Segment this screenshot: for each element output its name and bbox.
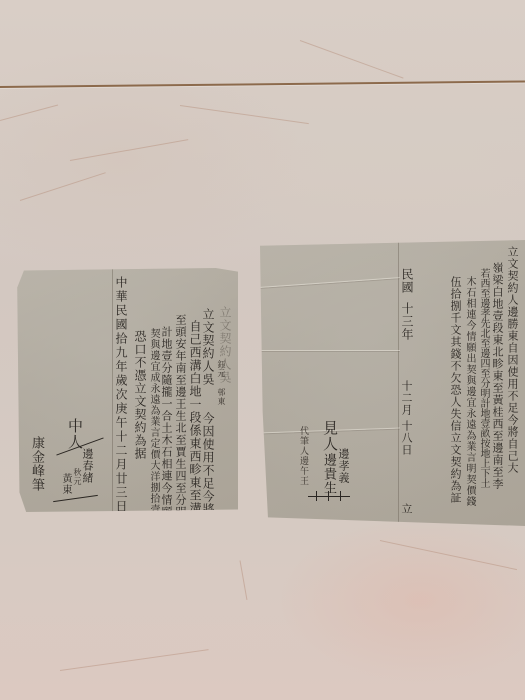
cross-mark <box>53 495 98 502</box>
witness-name: 邊貴生 <box>322 453 335 495</box>
cross-mark <box>316 491 317 501</box>
marble-vein <box>0 104 58 120</box>
fold-crease <box>260 350 400 351</box>
cross-mark <box>328 491 329 501</box>
marble-vein <box>60 649 209 671</box>
contract-column: 若西至邊孝先北至邊四至分明計地壹畝按地上下土 <box>478 268 488 488</box>
marble-vein <box>380 540 517 570</box>
left-contract-document: 立文契約人吳 立文契約人吳 今因使用不足今將 鈺元 邨東 自己西溝白地一段係東西… <box>15 268 238 512</box>
contract-column: 嶺梁白地壹段東北畛東至黃桂西至邊南至李 <box>492 262 503 490</box>
marble-vein <box>20 172 106 201</box>
contract-column: 木石相連今情願出契與邊宜永遠為業言明契價錢 <box>464 276 474 507</box>
contract-column: 伍拾捌千文其錢不欠恐人失信立文契約為証 <box>450 276 461 504</box>
contract-column: 至頭安年南至邊王生北至賈生四至分明 <box>175 314 186 518</box>
middleman-annotation: 秋元 <box>73 468 81 486</box>
fold-crease <box>112 268 113 512</box>
contract-column: 計地壹分隨攏一合土木石相連今情願 <box>161 326 172 518</box>
middleman-name: 黃東 <box>60 473 70 495</box>
contract-date-era: 民國 <box>401 268 413 294</box>
marble-vein <box>180 105 309 124</box>
scribe-signature: 康金峰筆 <box>30 436 43 492</box>
contract-date-suffix: 立 <box>401 503 412 515</box>
cross-mark <box>308 496 350 497</box>
fold-crease <box>260 277 400 288</box>
fold-crease <box>398 240 399 526</box>
contract-column: 契與邊宜成永遠為業言定價大洋捌拾壹元 <box>148 328 158 526</box>
marble-seam-line <box>0 81 525 88</box>
cross-mark <box>340 491 341 501</box>
marble-vein <box>300 40 404 79</box>
small-annotation: 鈺元 邨東 <box>217 360 225 406</box>
contract-date-year: 十三年 <box>401 302 413 341</box>
marble-vein <box>70 139 188 161</box>
contract-column: 自己西溝白地一段係東西畛東至溝西 <box>189 320 201 528</box>
contract-column: 立文契約人邊勝東自因使用不足今將自己大 <box>507 246 518 474</box>
witness-name: 邊孝義 <box>338 448 349 484</box>
contract-column: 立文契約人吳 今因使用不足今將 <box>202 308 214 516</box>
contract-column: 恐口不憑立文契約為据 <box>134 330 146 460</box>
scribe-signature: 代筆人邊午王 <box>298 426 307 486</box>
middleman-name: 邊春緒 <box>82 448 93 484</box>
contract-date-month: 十二月 <box>401 380 412 416</box>
witness-label: 見人 <box>322 420 337 452</box>
contract-date: 中華民國拾九年歲次庚午十二月廿三日立 <box>115 276 127 528</box>
right-contract-document: 立文契約人邊勝東自因使用不足今將自己大 嶺梁白地壹段東北畛東至黃桂西至邊南至李 … <box>260 240 525 526</box>
marble-vein <box>240 560 248 600</box>
contract-date-day: 十八日 <box>401 420 412 456</box>
